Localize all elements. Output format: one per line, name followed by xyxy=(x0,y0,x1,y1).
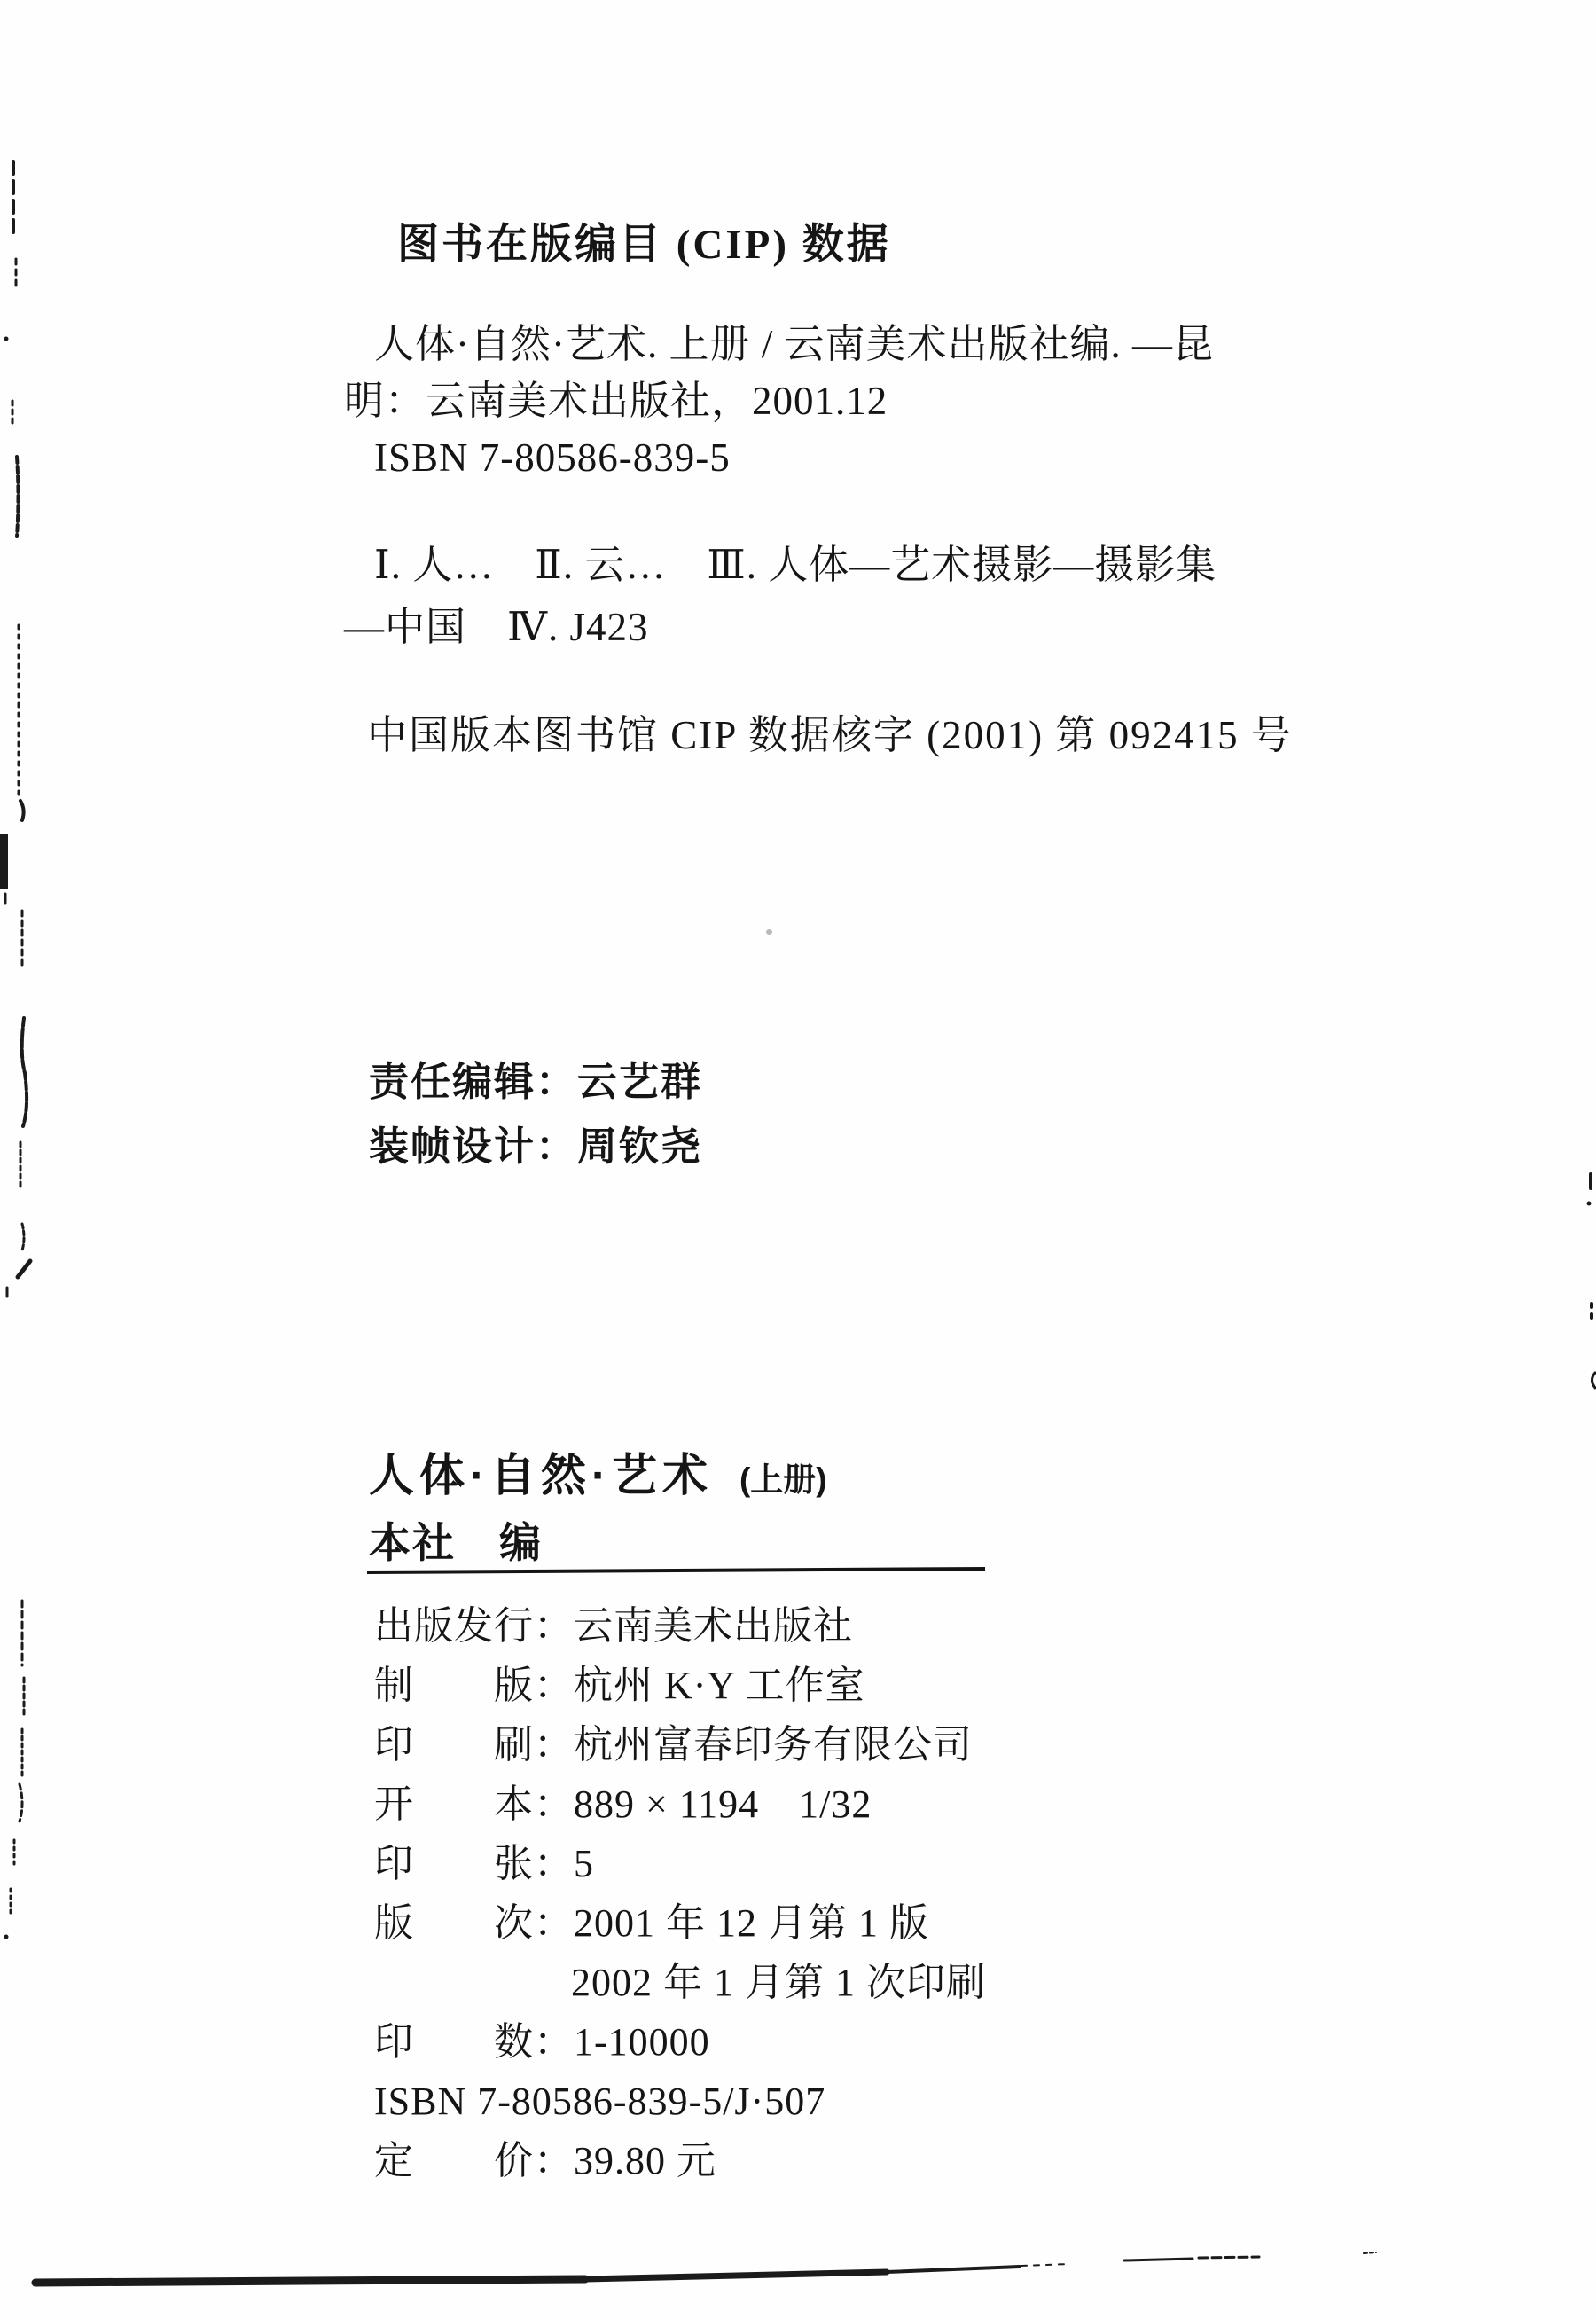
colophon-value: 5 xyxy=(574,1834,594,1893)
editor-credit-line: 责任编辑：云艺群 xyxy=(369,1049,702,1107)
colophon-value: 889 × 1194 1/32 xyxy=(574,1775,872,1834)
colophon-value: 杭州 K·Y 工作室 xyxy=(574,1656,865,1715)
colophon-label: 印 数： xyxy=(374,2012,574,2072)
book-copyright-page: 图书在版编目 (CIP) 数据 人体·自然·艺术. 上册 / 云南美术出版社编.… xyxy=(0,0,1596,2319)
colophon-label: 印 张： xyxy=(374,1834,574,1893)
byline: 本社 编 xyxy=(369,1510,543,1570)
colophon-value: 2002 年 1 月第 1 次印刷 xyxy=(571,1953,986,2012)
colophon-value: 杭州富春印务有限公司 xyxy=(574,1715,973,1775)
cip-record-line-1: 人体·自然·艺术. 上册 / 云南美术出版社编. —昆 xyxy=(344,316,1390,372)
colophon-row-format: 开 本：889 × 1194 1/32 xyxy=(374,1775,1438,1834)
cip-classification: Ⅰ. 人… Ⅱ. 云… Ⅲ. 人体—艺术摄影—摄影集 —中国 Ⅳ. J423 xyxy=(344,534,1390,658)
colophon-label: 版 次： xyxy=(374,1893,574,1953)
colophon-row-price: 定 价：39.80 元 xyxy=(374,2131,1438,2190)
cip-registry-line: 中国版本图书馆 CIP 数据核字 (2001) 第 092415 号 xyxy=(367,702,1293,760)
cip-class-line-1: Ⅰ. 人… Ⅱ. 云… Ⅲ. 人体—艺术摄影—摄影集 xyxy=(344,534,1390,596)
cip-record-paragraph: 人体·自然·艺术. 上册 / 云南美术出版社编. —昆 明：云南美术出版社，20… xyxy=(344,316,1390,486)
cip-class-line-2: —中国 Ⅳ. J423 xyxy=(344,596,1390,658)
colophon-row-print-run: 印 数：1-10000 xyxy=(374,2012,1438,2072)
colophon-label: 制 版： xyxy=(374,1656,574,1715)
book-title: 人体·自然·艺术 xyxy=(369,1450,713,1500)
colophon-row-sheets: 印 张：5 xyxy=(374,1834,1438,1893)
cip-record-line-2: 明：云南美术出版社，2001.12 xyxy=(344,372,1390,429)
colophon-value: 39.80 元 xyxy=(574,2131,716,2190)
designer-credit-line: 装帧设计：周钦尧 xyxy=(369,1114,702,1171)
colophon-row-publisher: 出版发行：云南美术出版社 xyxy=(374,1596,1438,1656)
colophon-value: 1-10000 xyxy=(574,2012,710,2072)
colophon-row-printing: 印 刷：杭州富春印务有限公司 xyxy=(374,1715,1438,1775)
colophon-row-edition: 版 次：2001 年 12 月第 1 版 xyxy=(374,1893,1438,1953)
cip-header: 图书在版编目 (CIP) 数据 xyxy=(397,211,891,270)
colophon-row-platemaking: 制 版：杭州 K·Y 工作室 xyxy=(374,1656,1438,1715)
colophon-label: 出版发行： xyxy=(374,1596,574,1656)
colophon-isbn: ISBN 7-80586-839-5/J·507 xyxy=(374,2072,825,2131)
colophon-row-impression: 2002 年 1 月第 1 次印刷 xyxy=(374,1953,1438,2012)
volume-label: (上册) xyxy=(739,1461,827,1498)
colophon: 出版发行：云南美术出版社 制 版：杭州 K·Y 工作室 印 刷：杭州富春印务有限… xyxy=(374,1596,1438,2190)
colophon-row-isbn: ISBN 7-80586-839-5/J·507 xyxy=(374,2072,1438,2131)
colophon-label: 开 本： xyxy=(374,1775,574,1834)
scan-speck xyxy=(766,929,772,935)
colophon-label: 印 刷： xyxy=(374,1715,574,1775)
colophon-label: 定 价： xyxy=(374,2131,574,2190)
colophon-value: 2001 年 12 月第 1 版 xyxy=(574,1893,929,1953)
title-line: 人体·自然·艺术 (上册) xyxy=(369,1438,827,1504)
colophon-value: 云南美术出版社 xyxy=(574,1596,853,1656)
cip-record-line-3: ISBN 7-80586-839-5 xyxy=(344,429,1390,486)
